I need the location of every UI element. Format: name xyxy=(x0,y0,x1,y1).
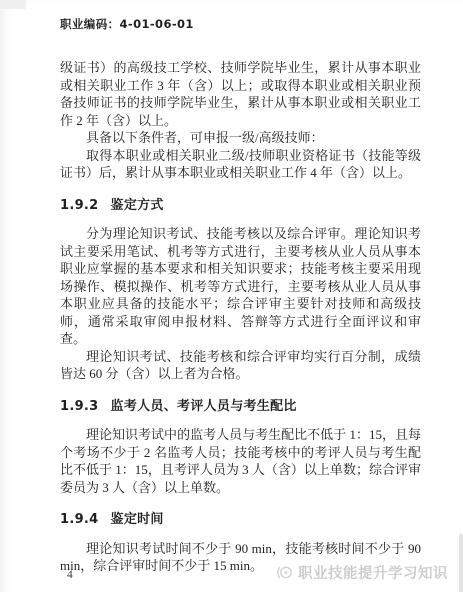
watermark-logo-icon xyxy=(276,564,293,581)
section-title: 鉴定时间 xyxy=(111,512,164,527)
publisher-watermark: 职业技能提升学习知识 xyxy=(276,562,448,583)
scan-edge-shadow-right xyxy=(459,534,463,592)
document-body: 级证书）的高级技工学校、技师学院毕业生，累计从事本职业或相关职业工作 3 年（含… xyxy=(60,59,421,575)
section-title: 鉴定方式 xyxy=(111,198,164,213)
section-title: 监考人员、考评人员与考生配比 xyxy=(111,399,297,414)
occupation-code-header: 职业编码：4-01-06-01 xyxy=(60,16,421,32)
paragraph: 理论知识考试、技能考核和综合评审均实行百分制，成绩皆达 60 分（含）以上者为合… xyxy=(60,348,421,383)
section-heading-1-9-3: 1.9.3监考人员、考评人员与考生配比 xyxy=(60,398,421,416)
paragraph: 取得本职业或相关职业二级/技师职业资格证书（技能等级证书）后，累计从事本职业或相… xyxy=(60,147,421,182)
section-number: 1.9.4 xyxy=(60,512,99,527)
paragraph: 分为理论知识考试、技能考核以及综合评审。理论知识考试主要采用笔试、机考等方式进行… xyxy=(60,225,421,348)
scan-edge-shadow-topleft xyxy=(0,0,26,9)
section-heading-1-9-2: 1.9.2鉴定方式 xyxy=(60,197,421,215)
section-heading-1-9-4: 1.9.4鉴定时间 xyxy=(60,511,421,529)
section-number: 1.9.3 xyxy=(60,399,99,414)
paragraph: 理论知识考试中的监考人员与考生配比不低于 1：15，且每个考场不少于 2 名监考… xyxy=(60,426,421,496)
watermark-text: 职业技能提升学习知识 xyxy=(298,562,448,583)
scanned-document-page: 职业编码：4-01-06-01 级证书）的高级技工学校、技师学院毕业生，累计从事… xyxy=(0,0,463,592)
page-number: 4 xyxy=(67,569,73,581)
section-number: 1.9.2 xyxy=(60,198,99,213)
paragraph: 具备以下条件者，可申报一级/高级技师： xyxy=(60,129,421,147)
paragraph-continuation: 级证书）的高级技工学校、技师学院毕业生，累计从事本职业或相关职业工作 3 年（含… xyxy=(60,59,421,129)
